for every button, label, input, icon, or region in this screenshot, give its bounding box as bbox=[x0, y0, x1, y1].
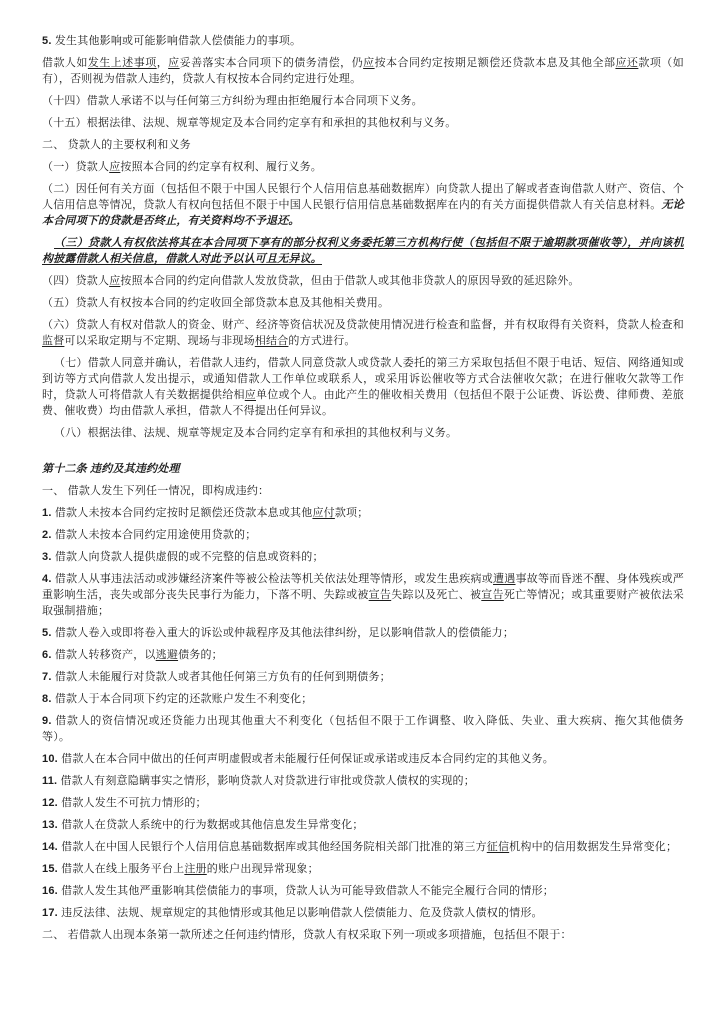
text-segment: 可以采取定期与不定期、现场与非现场 bbox=[64, 335, 254, 347]
text-segment: 借款人在本合同中做出的任何声明虚假或者未能履行任何保证或承诺或违反本合同约定的其… bbox=[61, 753, 554, 765]
text-segment: 按照本合同的约定向借款人发放贷款，但由于借款人或其他非贷款人的原因导致的延迟除外… bbox=[120, 275, 579, 287]
contract-document: 5. 发生其他影响或可能影响借款人偿债能力的事项。借款人如发生上述事项，应妥善落… bbox=[42, 33, 684, 949]
lender-clause-8: （八）根据法律、法规、规章等规定及本合同约定享有和承担的其他权利与义务。 bbox=[42, 425, 684, 441]
text-segment: 应付 bbox=[312, 507, 334, 519]
clause-item-5-repay-ability: 5. 发生其他影响或可能影响借款人偿债能力的事项。 bbox=[42, 33, 684, 49]
text-segment: 遭遇 bbox=[493, 573, 515, 585]
text-segment: 机构中的信用数据发生异常变化； bbox=[509, 841, 677, 853]
breach-item-2: 2. 借款人未按本合同约定用途使用贷款的； bbox=[42, 527, 684, 543]
text-segment: 借款人于本合同项下约定的还款账户发生不利变化； bbox=[55, 693, 313, 705]
text-segment: 的账户出现异常现象； bbox=[207, 863, 319, 875]
text-segment: 宣告 bbox=[481, 589, 504, 601]
text-segment: 10. bbox=[42, 753, 61, 765]
text-segment: 借款人在线上服务平台上 bbox=[61, 863, 184, 875]
text-segment: 一、 借款人发生下列任一情况，即构成违约： bbox=[42, 485, 269, 497]
text-segment: 应 bbox=[363, 57, 374, 69]
text-segment: 借款人发生其他严重影响其偿债能力的事项，贷款人认为可能导致借款人不能完全履行合同… bbox=[61, 885, 554, 897]
text-segment: 监督 bbox=[42, 335, 64, 347]
text-segment: 借款人有刻意隐瞒事实之情形，影响贷款人对贷款进行审批或贷款人债权的实现的； bbox=[61, 775, 475, 787]
breach-item-3: 3. 借款人向贷款人提供虚假的或不完整的信息或资料的； bbox=[42, 549, 684, 565]
text-segment: 第十二条 违约及其违约处理 bbox=[42, 463, 180, 475]
breach-item-13: 13. 借款人在贷款人系统中的行为数据或其他信息发生异常变化； bbox=[42, 817, 684, 833]
breach-item-17: 17. 违反法律、法规、规章规定的其他情形或其他足以影响借款人偿债能力、危及贷款… bbox=[42, 905, 684, 921]
lender-clause-5: （五）贷款人有权按本合同的约定收回全部贷款本息及其他相关费用。 bbox=[42, 295, 684, 311]
text-segment: （四）贷款人 bbox=[42, 275, 109, 287]
text-segment: 8. bbox=[42, 693, 55, 705]
text-segment: 债务的； bbox=[178, 649, 223, 661]
breach-item-15: 15. 借款人在线上服务平台上注册的账户出现异常现象； bbox=[42, 861, 684, 877]
text-segment: 14. bbox=[42, 841, 61, 853]
text-segment: 宣告 bbox=[369, 589, 392, 601]
text-segment: 借款人在中国人民银行个人信用信息基础数据库或其他经国务院相关部门批准的第三方 bbox=[61, 841, 487, 853]
lender-clause-6: （六）贷款人有权对借款人的资金、财产、经济等资信状况及贷款使用情况进行检查和监督… bbox=[42, 317, 684, 349]
text-segment: （三）贷款人有权依法将其在本合同项下享有的部分权利义务委托第三方机构行使（包括但… bbox=[42, 237, 684, 265]
section-lender-rights-title: 二、 贷款人的主要权利和义务 bbox=[42, 137, 684, 153]
text-segment: 12. bbox=[42, 797, 61, 809]
lender-clause-3-delegation: （三）贷款人有权依法将其在本合同项下享有的部分权利义务委托第三方机构行使（包括但… bbox=[42, 235, 684, 267]
text-segment: 应 bbox=[109, 275, 120, 287]
text-segment: 借款人在贷款人系统中的行为数据或其他信息发生异常变化； bbox=[61, 819, 363, 831]
breach-item-8: 8. 借款人于本合同项下约定的还款账户发生不利变化； bbox=[42, 691, 684, 707]
text-segment: 借款人发生不可抗力情形的； bbox=[61, 797, 207, 809]
text-segment: （八）根据法律、法规、规章等规定及本合同约定享有和承担的其他权利与义务。 bbox=[54, 427, 457, 439]
breach-intro: 一、 借款人发生下列任一情况，即构成违约： bbox=[42, 483, 684, 499]
breach-item-16: 16. 借款人发生其他严重影响其偿债能力的事项，贷款人认为可能导致借款人不能完全… bbox=[42, 883, 684, 899]
text-segment: 二、 贷款人的主要权利和义务 bbox=[42, 139, 191, 151]
text-segment: （十四）借款人承诺不以与任何第三方纠纷为理由拒绝履行本合同项下义务。 bbox=[42, 95, 423, 107]
breach-item-14: 14. 借款人在中国人民银行个人信用信息基础数据库或其他经国务院相关部门批准的第… bbox=[42, 839, 684, 855]
text-segment: 6. bbox=[42, 649, 55, 661]
text-segment: 5. bbox=[42, 627, 55, 639]
text-segment: 借款人向贷款人提供虚假的或不完整的信息或资料的； bbox=[55, 551, 324, 563]
text-segment: 借款人未能履行对贷款人或者其他任何第三方负有的任何到期债务； bbox=[55, 671, 391, 683]
text-segment: 应 bbox=[245, 389, 256, 401]
lender-clause-7-collection: （七）借款人同意并确认，若借款人违约，借款人同意贷款人或贷款人委托的第三方采取包… bbox=[42, 355, 684, 419]
text-segment: 征信 bbox=[487, 841, 509, 853]
text-segment: 借款人卷入或即将卷入重大的诉讼或仲裁程序及其他法律纠纷，足以影响借款人的偿债能力… bbox=[55, 627, 514, 639]
text-segment: 相结合 bbox=[255, 335, 289, 347]
text-segment: 2. bbox=[42, 529, 55, 541]
breach-item-4: 4. 借款人从事违法活动或涉嫌经济案件等被公检法等机关依法处理等情形，或发生患疾… bbox=[42, 571, 684, 619]
text-segment: （二）因任何有关方面（包括但不限于中国人民银行个人信用信息基础数据库）向贷款人提… bbox=[42, 183, 684, 211]
breach-item-11: 11. 借款人有刻意隐瞒事实之情形，影响贷款人对贷款进行审批或贷款人债权的实现的… bbox=[42, 773, 684, 789]
text-segment: 7. bbox=[42, 671, 55, 683]
breach-item-6: 6. 借款人转移资产，以逃避债务的； bbox=[42, 647, 684, 663]
text-segment: 3. bbox=[42, 551, 55, 563]
lender-clause-4: （四）贷款人应按照本合同的约定向借款人发放贷款，但由于借款人或其他非贷款人的原因… bbox=[42, 273, 684, 289]
text-segment: 注册 bbox=[184, 863, 206, 875]
text-segment: 5. bbox=[42, 35, 55, 47]
breach-item-1: 1. 借款人未按本合同约定按时足额偿还贷款本息或其他应付款项； bbox=[42, 505, 684, 521]
clause-15-other-rights: （十五）根据法律、法规、规章等规定及本合同约定享有和承担的其他权利与义务。 bbox=[42, 115, 684, 131]
text-segment: 15. bbox=[42, 863, 61, 875]
text-segment: ， bbox=[157, 57, 168, 69]
text-segment: 16. bbox=[42, 885, 61, 897]
text-segment: 应 bbox=[168, 57, 179, 69]
text-segment: 逃避 bbox=[156, 649, 178, 661]
text-segment: 借款人转移资产，以 bbox=[55, 649, 156, 661]
breach-item-7: 7. 借款人未能履行对贷款人或者其他任何第三方负有的任何到期债务； bbox=[42, 669, 684, 685]
clause-repay-obligation: 借款人如发生上述事项，应妥善落实本合同项下的债务清偿，仍应按本合同约定按期足额偿… bbox=[42, 55, 684, 87]
text-segment: 发生其他影响或可能影响借款人偿债能力的事项。 bbox=[55, 35, 301, 47]
text-segment: 应还 bbox=[615, 57, 638, 69]
text-segment: 违反法律、法规、规章规定的其他情形或其他足以影响借款人偿债能力、危及贷款人债权的… bbox=[61, 907, 543, 919]
breach-item-12: 12. 借款人发生不可抗力情形的； bbox=[42, 795, 684, 811]
text-segment: 按本合同约定按期足额偿还贷款本息及其他全部 bbox=[375, 57, 616, 69]
text-segment: 借款人从事违法活动或涉嫌经济案件等被公检法等机关依法处理等情形，或发生患疾病或 bbox=[55, 573, 493, 585]
text-segment: 款项； bbox=[335, 507, 369, 519]
text-segment: （一）贷款人 bbox=[42, 161, 109, 173]
text-segment: 按照本合同的约定享有权利、履行义务。 bbox=[120, 161, 322, 173]
text-segment: 借款人如 bbox=[42, 57, 88, 69]
text-segment: 17. bbox=[42, 907, 61, 919]
text-segment: 4. bbox=[42, 573, 55, 585]
lender-clause-1: （一）贷款人应按照本合同的约定享有权利、履行义务。 bbox=[42, 159, 684, 175]
text-segment: （五）贷款人有权按本合同的约定收回全部贷款本息及其他相关费用。 bbox=[42, 297, 389, 309]
clause-14-no-refusal: （十四）借款人承诺不以与任何第三方纠纷为理由拒绝履行本合同项下义务。 bbox=[42, 93, 684, 109]
text-segment: 1. bbox=[42, 507, 55, 519]
text-segment: 借款人未按本合同约定按时足额偿还贷款本息或其他 bbox=[55, 507, 313, 519]
breach-item-9: 9. 借款人的资信情况或还贷能力出现其他重大不利变化（包括但不限于工作调整、收入… bbox=[42, 713, 684, 745]
breach-item-10: 10. 借款人在本合同中做出的任何声明虚假或者未能履行任何保证或承诺或违反本合同… bbox=[42, 751, 684, 767]
text-segment: 失踪以及死亡、被 bbox=[391, 589, 481, 601]
text-segment: 妥善落实本合同项下的债务清偿，仍 bbox=[180, 57, 364, 69]
text-segment: 发生上述事项 bbox=[88, 57, 157, 69]
contract-page: 5. 发生其他影响或可能影响借款人偿债能力的事项。借款人如发生上述事项，应妥善落… bbox=[0, 0, 724, 1024]
text-segment: （十五）根据法律、法规、规章等规定及本合同约定享有和承担的其他权利与义务。 bbox=[42, 117, 456, 129]
lender-clause-2: （二）因任何有关方面（包括但不限于中国人民银行个人信用信息基础数据库）向贷款人提… bbox=[42, 181, 684, 229]
breach-item-5: 5. 借款人卷入或即将卷入重大的诉讼或仲裁程序及其他法律纠纷，足以影响借款人的偿… bbox=[42, 625, 684, 641]
text-segment: 9. bbox=[42, 715, 55, 727]
text-segment: 借款人的资信情况或还贷能力出现其他重大不利变化（包括但不限于工作调整、收入降低、… bbox=[42, 715, 684, 743]
text-segment: 借款人未按本合同约定用途使用贷款的； bbox=[55, 529, 257, 541]
text-segment: 13. bbox=[42, 819, 61, 831]
text-segment: （六）贷款人有权对借款人的资金、财产、经济等资信状况及贷款使用情况进行检查和监督… bbox=[42, 319, 684, 331]
text-segment: 应 bbox=[109, 161, 120, 173]
article-12-heading: 第十二条 违约及其违约处理 bbox=[42, 461, 684, 477]
text-segment: 的方式进行。 bbox=[288, 335, 355, 347]
text-segment: 11. bbox=[42, 775, 61, 787]
text-segment: 二、 若借款人出现本条第一款所述之任何违约情形，贷款人有权采取下列一项或多项措施… bbox=[42, 929, 572, 941]
breach-remedies-intro: 二、 若借款人出现本条第一款所述之任何违约情形，贷款人有权采取下列一项或多项措施… bbox=[42, 927, 684, 943]
